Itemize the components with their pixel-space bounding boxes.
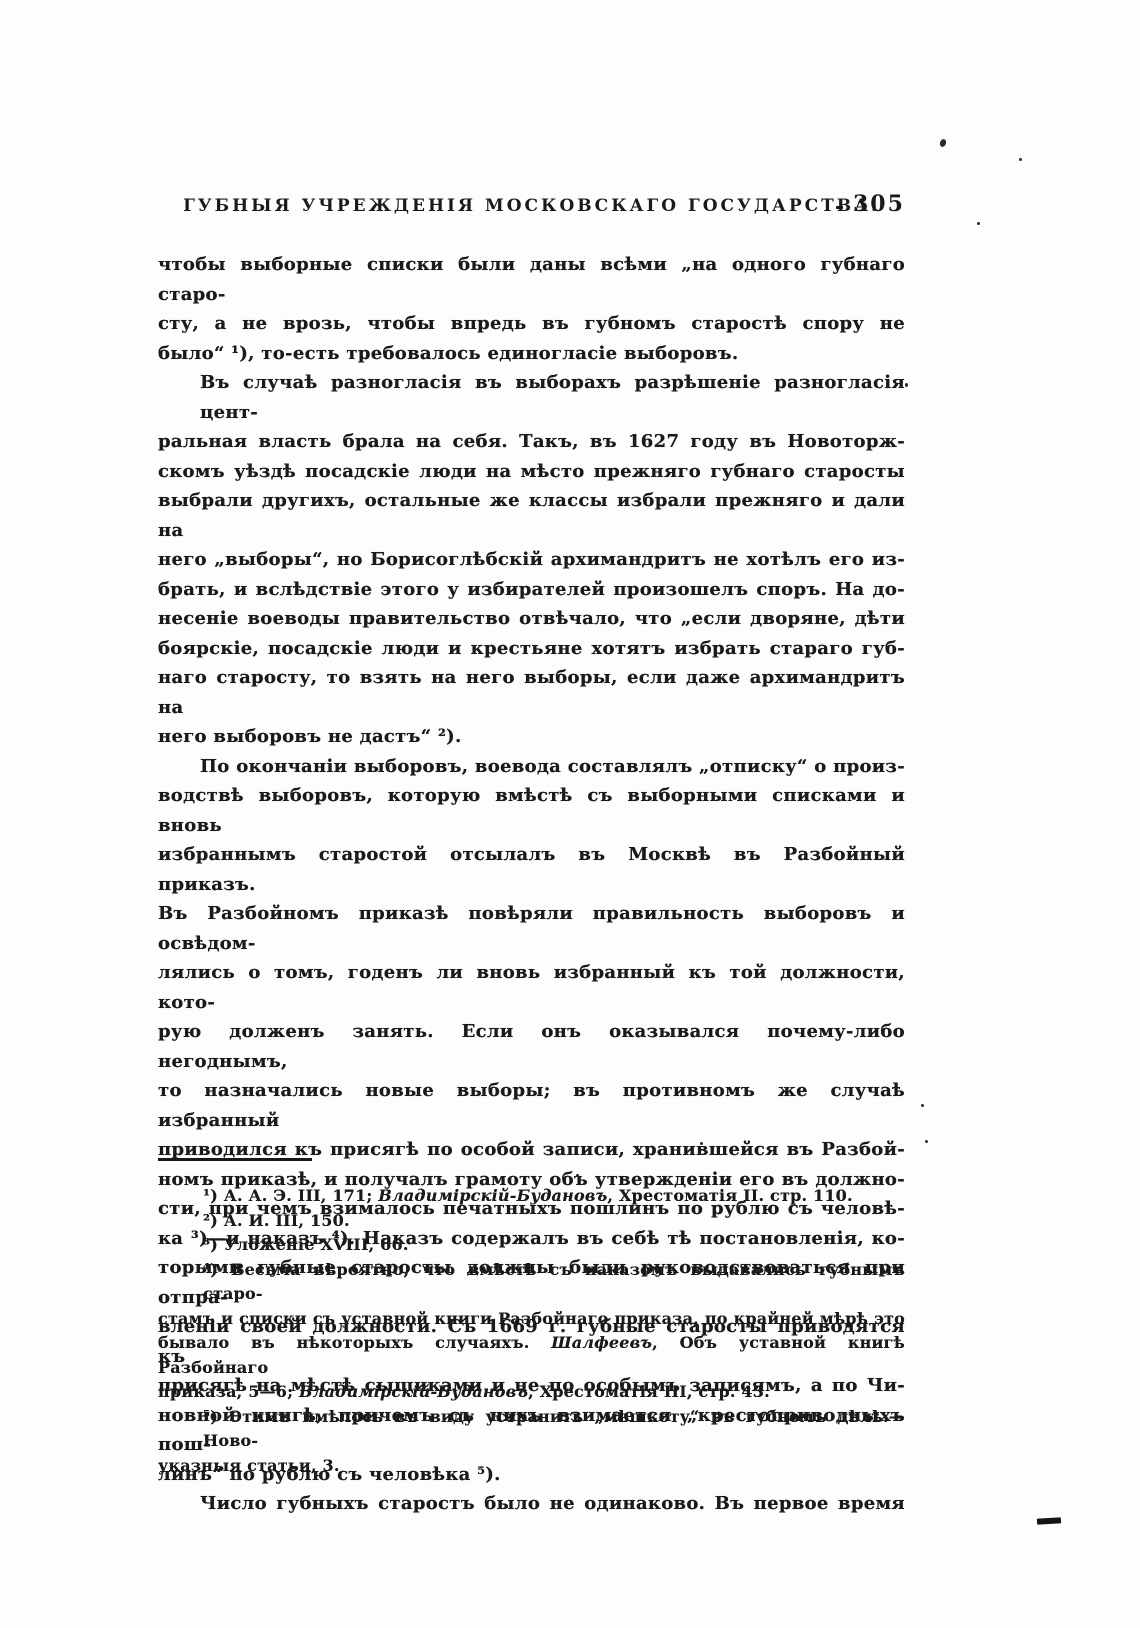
text-line: чтобы выборные списки были даны всѣми „н…	[158, 250, 905, 309]
book-page: ГУБНЫЯ УЧРЕЖДЕНІЯ МОСКОВСКАГО ГОСУДАРСТВ…	[0, 0, 1140, 1628]
text-line: него „выборы“, но Борисоглѣбскій архиман…	[158, 545, 905, 575]
text-line: несеніе воеводы правительство отвѣчало, …	[158, 604, 905, 634]
footnote-line: ⁵) Этимъ имѣлось въ виду устранить „мѣшк…	[158, 1405, 905, 1454]
scan-artifact	[921, 1104, 924, 1107]
text-line: водствѣ выборовъ, которую вмѣстѣ съ выбо…	[158, 781, 905, 840]
text-line: скомъ уѣздѣ посадскіе люди на мѣсто преж…	[158, 457, 905, 487]
scan-artifact	[905, 383, 908, 387]
footnote-line: ⁴) Весьма вѣроятно, что вмѣстѣ съ наказо…	[158, 1258, 905, 1307]
scan-artifact	[576, 1174, 579, 1177]
text-line: Въ Разбойномъ приказѣ повѣряли правильно…	[158, 899, 905, 958]
text-line: Въ случаѣ разногласія въ выборахъ разрѣш…	[158, 368, 905, 427]
text-line: то назначались новые выборы; въ противно…	[158, 1076, 905, 1135]
text-line: сту, а не врозь, чтобы впредь въ губномъ…	[158, 309, 905, 339]
footnote-line: указныя статьи, 3.	[158, 1454, 905, 1479]
scan-artifact	[939, 138, 947, 148]
text-line: По окончаніи выборовъ, воевода составлял…	[158, 752, 905, 782]
text-line: него выборовъ не дастъ“ ²).	[158, 722, 905, 752]
scan-artifact	[1037, 1517, 1061, 1524]
text-line: брать, и вслѣдствіе этого у избирателей …	[158, 575, 905, 605]
text-line: Число губныхъ старостъ было не одинаково…	[158, 1489, 905, 1519]
text-line: наго старосту, то взять на него выборы, …	[158, 663, 905, 722]
text-line: выбрали другихъ, остальные же классы изб…	[158, 486, 905, 545]
footnote-line: ²) А. И. III, 150.	[158, 1209, 905, 1234]
scan-artifact	[977, 222, 980, 225]
page-number: 305	[853, 191, 905, 217]
text-line: боярскіе, посадскіе люди и крестьяне хот…	[158, 634, 905, 664]
text-line: было“ ¹), то-есть требовалось единогласі…	[158, 339, 905, 369]
text-line: лялись о томъ, годенъ ли вновь избранный…	[158, 958, 905, 1017]
scan-artifact	[1019, 158, 1022, 161]
footnote-line: бывало въ нѣкоторыхъ случаяхъ. Шалфеевъ,…	[158, 1331, 905, 1380]
scan-artifact	[700, 1142, 703, 1145]
running-head-title: ГУБНЫЯ УЧРЕЖДЕНІЯ МОСКОВСКАГО ГОСУДАРСТВ…	[158, 196, 905, 216]
text-line: ральная власть брала на себя. Такъ, въ 1…	[158, 427, 905, 457]
scan-artifact	[925, 1140, 928, 1143]
scan-artifact	[836, 206, 843, 209]
footnote-line: ¹) А. А. Э. III, 171; Владимірскій-Будан…	[158, 1184, 905, 1209]
footnote-line: стамъ и списки съ уставной книги Разбойн…	[158, 1307, 905, 1332]
footnotes: ¹) А. А. Э. III, 171; Владимірскій-Будан…	[158, 1184, 905, 1478]
text-line: рую долженъ занять. Если онъ оказывался …	[158, 1017, 905, 1076]
text-line: избраннымъ старостой отсылалъ въ Москвѣ …	[158, 840, 905, 899]
footnote-line: приказа, 5—6; Владимірскій-Будановъ, Хре…	[158, 1380, 905, 1405]
footnote-line: ³) Уложеніе XVIII, 66.	[158, 1233, 905, 1258]
footnote-separator	[158, 1158, 312, 1161]
